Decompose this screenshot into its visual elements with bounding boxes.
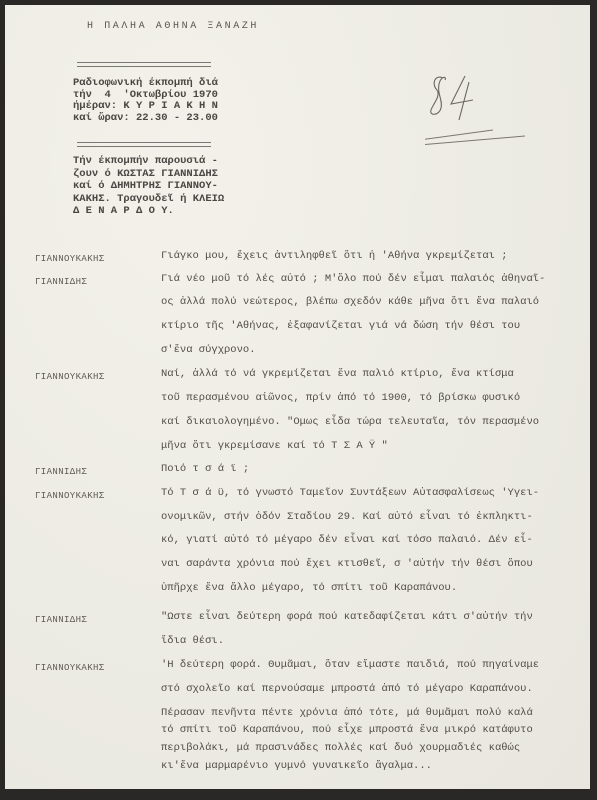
dialogue-line: στό σχολεῖο καί περνούσαμε μπροστά ἀπό τ…: [161, 683, 533, 695]
broadcast-line: καί ὥραν: 22.30 - 23.00: [73, 112, 218, 124]
typewritten-page: Η ΠΑΛΗΑ ΑΘΗΝΑ ΞΑΝΑΖΗ Ραδιοφωνική έκπομπή…: [5, 5, 590, 789]
title-underline: [77, 62, 211, 67]
dialogue-line: κι'ἕνα μαρμαρένιο γυμνό γυναικεῖο ἄγαλμα…: [161, 760, 432, 772]
pencil-mark-icon: [425, 70, 535, 145]
dialogue-line: Τό Τ σ ά ϋ, τό γνωστό Ταμεῖον Συντάξεων …: [161, 487, 539, 499]
credits-line: καί ό ΔΗΜΗΤΡΗΣ ΓΙΑΝΝΟΥ-: [73, 180, 218, 192]
dialogue-line: τό σπίτι τοῦ Καραπάνου, πού εἶχε μπροστά…: [161, 724, 533, 736]
credits-line: ζουν ό ΚΩΣΤΑΣ ΓΙΑΝΝΙΔΗΣ: [73, 168, 218, 180]
broadcast-line: Ραδιοφωνική έκπομπή διά: [73, 77, 218, 89]
dialogue-line: ναι σαράντα χρόνια πού ἔχει κτισθεῖ, σ '…: [161, 558, 533, 570]
speaker-label: ΓΙΑΝΝΟΥΚΑΚΗΣ: [35, 254, 105, 264]
dialogue-line: 'Η δεύτερη φορά. Θυμᾶμαι, ὅταν εἴμαστε π…: [161, 659, 539, 671]
credits-line: Δ Ε Ν Α Ρ Δ Ο Υ.: [73, 205, 174, 217]
dialogue-line: κτίριο τῆς 'Αθήνας, ἐξαφανίζεται γιά νά …: [161, 320, 520, 332]
dialogue-line: ἴδια θέσι.: [161, 635, 224, 647]
speaker-label: ΓΙΑΝΝΙΔΗΣ: [35, 277, 87, 287]
credits-block: Τήν έκπομπήν παρουσιά - ζουν ό ΚΩΣΤΑΣ ΓΙ…: [73, 155, 224, 218]
dialogue-line: περιβολάκι, μά πρασινάδες πολλές καί δυό…: [161, 742, 520, 754]
dialogue-line: ονομικῶν, στήν ὁδόν Σταδίου 29. Καί αὐτό…: [161, 511, 533, 523]
speaker-label: ΓΙΑΝΝΙΔΗΣ: [35, 615, 87, 625]
credits-line: ΚΑΚΗΣ. Τραγουδεῖ ή ΚΛΕΙΩ: [73, 193, 224, 205]
dialogue-line: "Ωστε εἶναι δεύτερη φορά πού κατεδαφίζετ…: [161, 611, 533, 623]
credits-line: Τήν έκπομπήν παρουσιά -: [73, 155, 218, 167]
dialogue-line: ος ἀλλά πολύ νεώτερος, βλέπω σχεδόν κάθε…: [161, 296, 539, 308]
dialogue-line: Πέρασαν πενῆντα πέντε χρόνια ἀπό τότε, μ…: [161, 707, 533, 719]
dialogue-line: ὑπῆρχε ἕνα ἄλλο μέγαρο, τό σπίτι τοῦ Καρ…: [161, 582, 457, 594]
dialogue-line: μῆνα ὅτι γκρεμίσανε καί τό Τ Σ Α Ϋ ": [161, 440, 388, 452]
dialogue-line: Γιάγκο μου, ἔχεις ἀντιληφθεῖ ὅτι ἡ 'Αθήν…: [161, 250, 508, 262]
dialogue-line: Ναί, ἀλλά τό νά γκρεμίζεται ἕνα παλιό κτ…: [161, 368, 514, 380]
broadcast-line: τήν 4 'Οκτωβρίου 1970: [73, 89, 218, 101]
dialogue-line: τοῦ περασμένου αἰῶνος, πρίν ἀπό τό 1900,…: [161, 392, 520, 404]
speaker-label: ΓΙΑΝΝΟΥΚΑΚΗΣ: [35, 372, 105, 382]
dialogue-line: καί δικαιολογημένο. "Ομως εἶδα τώρα τελε…: [161, 416, 539, 428]
speaker-label: ΓΙΑΝΝΟΥΚΑΚΗΣ: [35, 663, 105, 673]
dialogue-line: σ'ἕνα σύγχρονο.: [161, 344, 256, 356]
dialogue-line: Γιά νέο μοῦ τό λές αὐτό ; Μ'ὅλο πού δέν …: [161, 273, 545, 285]
broadcast-line: ήμέραν: Κ Υ Ρ Ι Α Κ Η Ν: [73, 100, 218, 112]
speaker-label: ΓΙΑΝΝΙΔΗΣ: [35, 467, 87, 477]
speaker-label: ΓΙΑΝΝΟΥΚΑΚΗΣ: [35, 491, 105, 501]
document-title: Η ΠΑΛΗΑ ΑΘΗΝΑ ΞΑΝΑΖΗ: [87, 21, 259, 32]
broadcast-info-block: Ραδιοφωνική έκπομπή διά τήν 4 'Οκτωβρίου…: [73, 78, 218, 124]
handwritten-page-number: [425, 70, 535, 150]
dialogue-line: κό, γιατί αὐτό τό μέγαρο δέν εἶναι καί τ…: [161, 534, 533, 546]
block-divider: [77, 142, 211, 147]
dialogue-line: Ποιό τ σ ά ϊ ;: [161, 463, 249, 475]
